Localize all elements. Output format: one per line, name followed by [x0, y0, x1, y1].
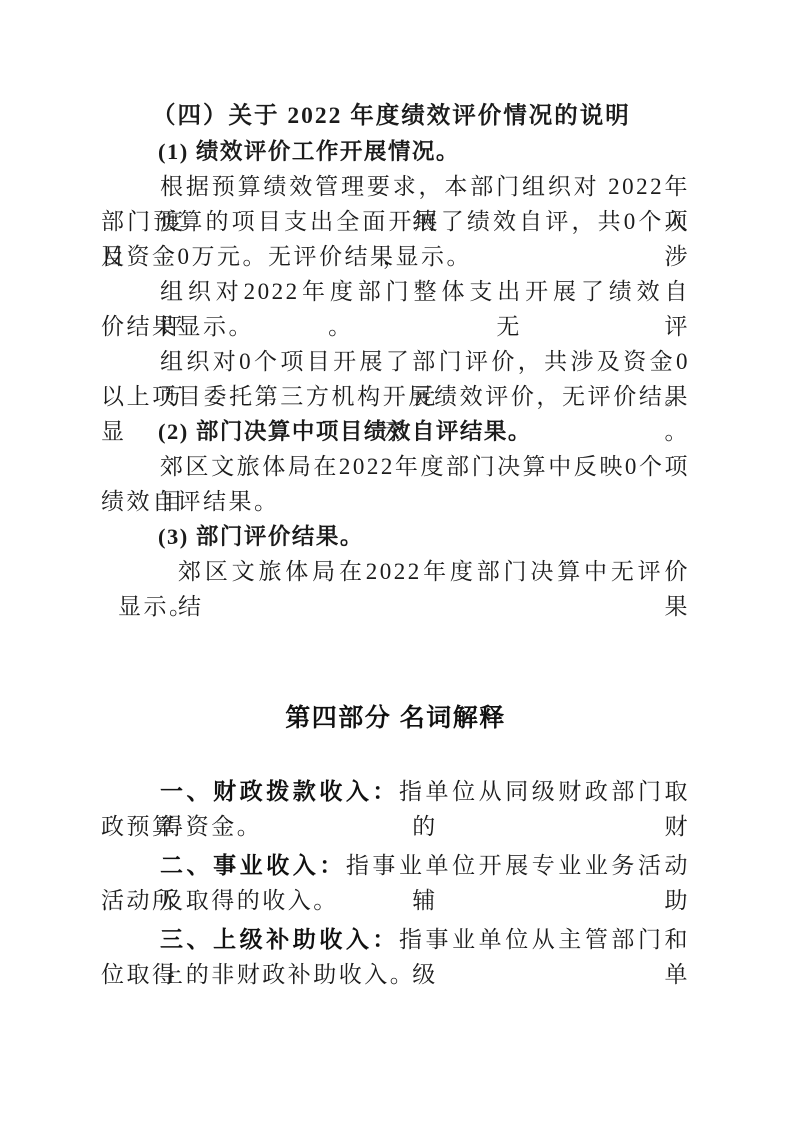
paragraph-self-evaluation: 根据预算绩效管理要求，本部门组织对 2022年度纳入 部门预算的项目支出全面开展… [101, 169, 690, 274]
paragraph-line: 组织对2022年度部门整体支出开展了绩效自评。无评 [101, 274, 690, 309]
term-superior-subsidy-income: 三、上级补助收入：指事业单位从主管部门和上级单 位取得 的非财政补助收入。 [101, 922, 690, 992]
paragraph-overall-expenditure: 组织对2022年度部门整体支出开展了绩效自评。无评 价结果显示。 [101, 274, 690, 344]
paragraph-line: 组织对0个项目开展了部门评价，共涉及资金0万元。 [101, 344, 690, 379]
subheading-3: (3) 部门评价结果。 [101, 519, 690, 554]
paragraph-line: 绩效自评结果。 [101, 484, 690, 519]
text-column: （四）关于 2022 年度绩效评价情况的说明 (1) 绩效评价工作开展情况。 根… [101, 99, 690, 992]
term-label: 一、财政拨款收入： [160, 778, 399, 804]
paragraph-line: 郊区文旅体局在2022年度部门决算中反映0个项目 [101, 449, 690, 484]
glossary-terms: 一、财政拨款收入：指单位从同级财政部门取得的财 政预算 资金。 二、事业收入：指… [101, 774, 690, 992]
term-fiscal-appropriation-income: 一、财政拨款收入：指单位从同级财政部门取得的财 政预算 资金。 [101, 774, 690, 844]
term-label: 二、事业收入： [160, 852, 346, 878]
paragraph-evaluation-result: 郊区文旅体局在2022年度部门决算中无评价结果 显示。 [101, 554, 690, 624]
subheading-1: (1) 绩效评价工作开展情况。 [101, 134, 690, 169]
term-label: 三、上级补助收入： [160, 926, 399, 952]
paragraph-line: 郊区文旅体局在2022年度部门决算中无评价结果 [101, 554, 690, 589]
paragraph-line: 部门预算的项目支出全面开展了绩效自评，共0个项目，涉 [101, 204, 690, 239]
paragraph-final-accounts-selfeval: 郊区文旅体局在2022年度部门决算中反映0个项目 绩效自评结果。 [101, 449, 690, 519]
part4-title: 第四部分 名词解释 [101, 698, 690, 738]
paragraph-line: 以上项目委托第三方机构开展绩效评价，无评价结果显示。 [101, 379, 690, 414]
term-business-income: 二、事业收入：指事业单位开展专业业务活动及辅助 活动所 取得的收入。 [101, 848, 690, 918]
term-line: 二、事业收入：指事业单位开展专业业务活动及辅助 [101, 848, 690, 883]
paragraph-line: 根据预算绩效管理要求，本部门组织对 2022年度纳入 [101, 169, 690, 204]
document-page: （四）关于 2022 年度绩效评价情况的说明 (1) 绩效评价工作开展情况。 根… [0, 0, 793, 1122]
section4-heading: （四）关于 2022 年度绩效评价情况的说明 [101, 99, 690, 134]
term-line: 一、财政拨款收入：指单位从同级财政部门取得的财 [101, 774, 690, 809]
paragraph-department-evaluation: 组织对0个项目开展了部门评价，共涉及资金0万元。 以上项目委托第三方机构开展绩效… [101, 344, 690, 414]
term-line: 三、上级补助收入：指事业单位从主管部门和上级单 [101, 922, 690, 957]
